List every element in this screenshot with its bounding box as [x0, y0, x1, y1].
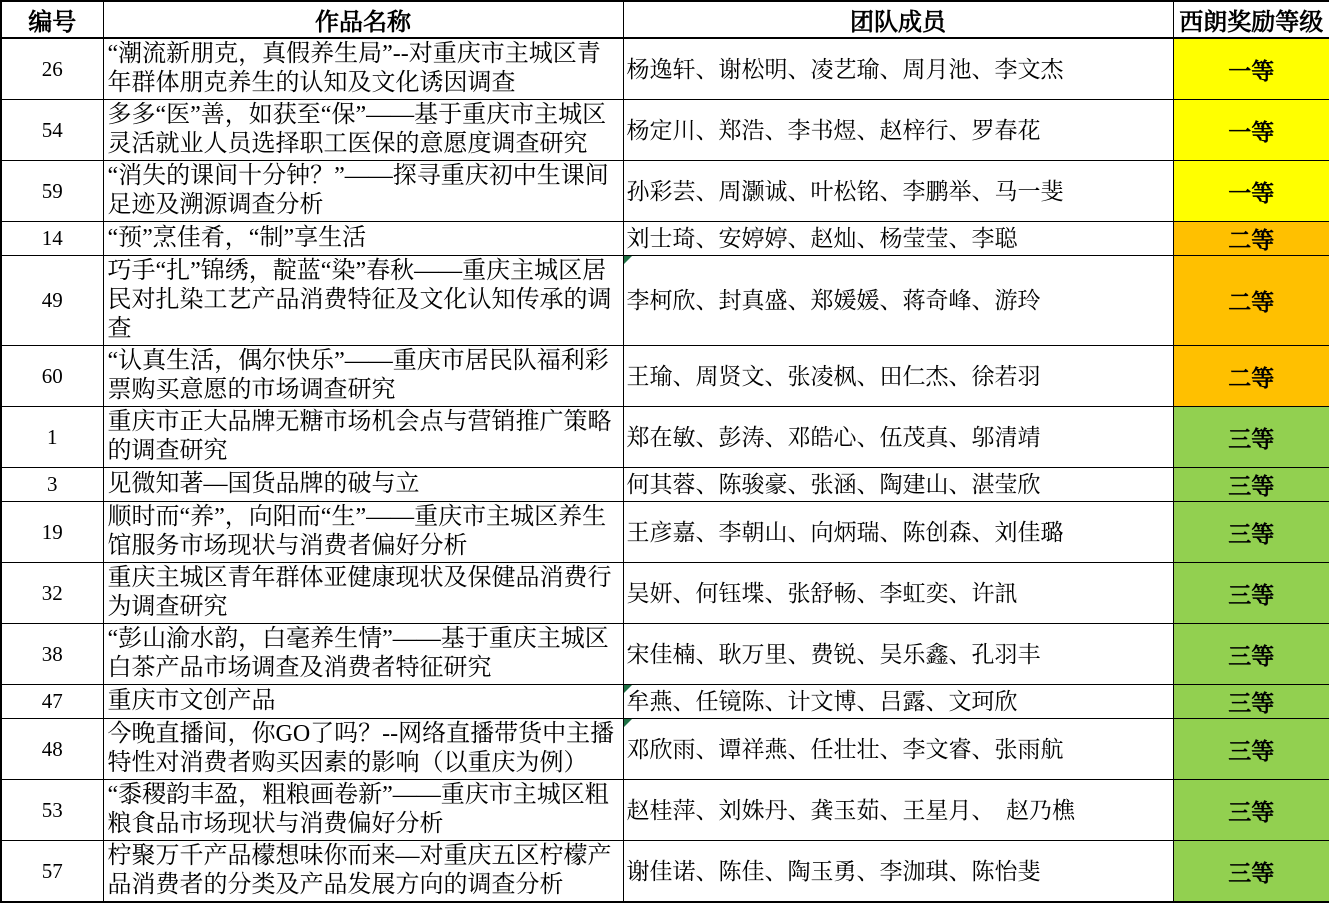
team-members-text: 牟燕、任镜陈、计文博、吕露、文珂欣: [627, 689, 1018, 714]
team-members-text: 宋佳楠、耿万里、费锐、吴乐鑫、孔羽丰: [627, 642, 1041, 667]
team-members-cell[interactable]: 谢佳诺、陈佳、陶玉勇、李泇琪、陈怡斐: [623, 841, 1173, 903]
work-title-cell[interactable]: 重庆主城区青年群体亚健康现状及保健品消费行为调查研究: [103, 563, 623, 624]
award-level-cell[interactable]: 三等: [1173, 685, 1329, 719]
header-cell-award[interactable]: 西朗奖励等级: [1173, 1, 1329, 38]
award-table: 编号 作品名称 团队成员 西朗奖励等级 26“潮流新朋克，真假养生局”--对重庆…: [0, 0, 1329, 903]
entry-number-cell[interactable]: 54: [1, 100, 103, 161]
award-level-cell[interactable]: 一等: [1173, 100, 1329, 161]
entry-number-cell[interactable]: 32: [1, 563, 103, 624]
team-members-text: 吴妍、何钰堞、张舒畅、李虹奕、许訊: [627, 581, 1018, 606]
team-members-cell[interactable]: 邓欣雨、谭祥燕、任壮壮、李文睿、张雨航: [623, 719, 1173, 780]
work-title-cell[interactable]: 巧手“扎”锦绣，靛蓝“染”春秋——重庆主城区居民对扎染工艺产品消费特征及文化认知…: [103, 256, 623, 346]
work-title-cell[interactable]: “消失的课间十分钟？”——探寻重庆初中生课间足迹及溯源调查分析: [103, 161, 623, 222]
table-row: 54多多“医”善，如获至“保”——基于重庆市主城区灵活就业人员选择职工医保的意愿…: [1, 100, 1329, 161]
work-title-cell[interactable]: “潮流新朋克，真假养生局”--对重庆市主城区青年群体朋克养生的认知及文化诱因调查: [103, 38, 623, 100]
team-members-cell[interactable]: 孙彩芸、周灏诚、叶松铭、李鹏举、马一斐: [623, 161, 1173, 222]
award-level-cell[interactable]: 三等: [1173, 468, 1329, 502]
team-members-text: 谢佳诺、陈佳、陶玉勇、李泇琪、陈怡斐: [627, 859, 1041, 884]
work-title-cell[interactable]: 柠聚万千产品檬想味你而来—对重庆五区柠檬产品消费者的分类及产品发展方向的调查分析: [103, 841, 623, 903]
cell-note-indicator-icon: [624, 719, 632, 727]
award-level-cell[interactable]: 二等: [1173, 256, 1329, 346]
team-members-cell[interactable]: 赵桂萍、刘姝丹、龚玉茹、王星月、 赵乃樵: [623, 780, 1173, 841]
entry-number-cell[interactable]: 38: [1, 624, 103, 685]
entry-number-cell[interactable]: 47: [1, 685, 103, 719]
work-title-cell[interactable]: 见微知著—国货品牌的破与立: [103, 468, 623, 502]
team-members-text: 邓欣雨、谭祥燕、任壮壮、李文睿、张雨航: [627, 737, 1064, 762]
work-title-cell[interactable]: “认真生活，偶尔快乐”——重庆市居民队福利彩票购买意愿的市场调查研究: [103, 346, 623, 407]
table-row: 53“黍稷韵丰盈，粗粮画卷新”——重庆市主城区粗粮食品市场现状与消费偏好分析赵桂…: [1, 780, 1329, 841]
entry-number-cell[interactable]: 48: [1, 719, 103, 780]
entry-number-cell[interactable]: 57: [1, 841, 103, 903]
team-members-text: 李柯欣、封真盛、郑媛媛、蒋奇峰、游玲: [627, 288, 1041, 313]
table-row: 1重庆市正大品牌无糖市场机会点与营销推广策略的调查研究郑在敏、彭涛、邓皓心、伍茂…: [1, 407, 1329, 468]
entry-number-cell[interactable]: 14: [1, 222, 103, 256]
table-row: 38“彭山渝水韵，白毫养生情”——基于重庆主城区白茶产品市场调查及消费者特征研究…: [1, 624, 1329, 685]
entry-number-cell[interactable]: 53: [1, 780, 103, 841]
entry-number-cell[interactable]: 26: [1, 38, 103, 100]
team-members-cell[interactable]: 王瑜、周贤文、张凌枫、田仁杰、徐若羽: [623, 346, 1173, 407]
header-row: 编号 作品名称 团队成员 西朗奖励等级: [1, 1, 1329, 38]
work-title-cell[interactable]: 今晚直播间，你GO了吗？--网络直播带货中主播特性对消费者购买因素的影响（以重庆…: [103, 719, 623, 780]
entry-number-cell[interactable]: 60: [1, 346, 103, 407]
team-members-cell[interactable]: 李柯欣、封真盛、郑媛媛、蒋奇峰、游玲: [623, 256, 1173, 346]
work-title-cell[interactable]: “黍稷韵丰盈，粗粮画卷新”——重庆市主城区粗粮食品市场现状与消费偏好分析: [103, 780, 623, 841]
table-row: 14“预”烹佳肴，“制”享生活刘士琦、安婷婷、赵灿、杨莹莹、李聪二等: [1, 222, 1329, 256]
team-members-text: 孙彩芸、周灏诚、叶松铭、李鹏举、马一斐: [627, 179, 1064, 204]
entry-number-cell[interactable]: 3: [1, 468, 103, 502]
team-members-cell[interactable]: 刘士琦、安婷婷、赵灿、杨莹莹、李聪: [623, 222, 1173, 256]
cell-note-indicator-icon: [624, 685, 632, 693]
entry-number-cell[interactable]: 1: [1, 407, 103, 468]
table-row: 60“认真生活，偶尔快乐”——重庆市居民队福利彩票购买意愿的市场调查研究王瑜、周…: [1, 346, 1329, 407]
team-members-cell[interactable]: 杨逸轩、谢松明、凌艺瑜、周月池、李文杰: [623, 38, 1173, 100]
entry-number-cell[interactable]: 19: [1, 502, 103, 563]
cell-note-indicator-icon: [624, 256, 632, 264]
header-cell-id[interactable]: 编号: [1, 1, 103, 38]
table-row: 19顺时而“养”，向阳而“生”——重庆市主城区养生馆服务市场现状与消费者偏好分析…: [1, 502, 1329, 563]
work-title-cell[interactable]: 重庆市正大品牌无糖市场机会点与营销推广策略的调查研究: [103, 407, 623, 468]
work-title-cell[interactable]: “预”烹佳肴，“制”享生活: [103, 222, 623, 256]
award-level-cell[interactable]: 三等: [1173, 624, 1329, 685]
award-level-cell[interactable]: 二等: [1173, 222, 1329, 256]
award-level-cell[interactable]: 三等: [1173, 841, 1329, 903]
award-level-cell[interactable]: 一等: [1173, 38, 1329, 100]
award-level-cell[interactable]: 三等: [1173, 502, 1329, 563]
team-members-cell[interactable]: 杨定川、郑浩、李书煜、赵梓行、罗春花: [623, 100, 1173, 161]
award-level-cell[interactable]: 三等: [1173, 780, 1329, 841]
award-level-cell[interactable]: 三等: [1173, 407, 1329, 468]
team-members-text: 杨逸轩、谢松明、凌艺瑜、周月池、李文杰: [627, 57, 1064, 82]
team-members-text: 郑在敏、彭涛、邓皓心、伍茂真、邬清靖: [627, 425, 1041, 450]
team-members-cell[interactable]: 宋佳楠、耿万里、费锐、吴乐鑫、孔羽丰: [623, 624, 1173, 685]
team-members-cell[interactable]: 牟燕、任镜陈、计文博、吕露、文珂欣: [623, 685, 1173, 719]
header-cell-title[interactable]: 作品名称: [103, 1, 623, 38]
table-row: 48今晚直播间，你GO了吗？--网络直播带货中主播特性对消费者购买因素的影响（以…: [1, 719, 1329, 780]
table-row: 49巧手“扎”锦绣，靛蓝“染”春秋——重庆主城区居民对扎染工艺产品消费特征及文化…: [1, 256, 1329, 346]
work-title-cell[interactable]: 顺时而“养”，向阳而“生”——重庆市主城区养生馆服务市场现状与消费者偏好分析: [103, 502, 623, 563]
team-members-cell[interactable]: 郑在敏、彭涛、邓皓心、伍茂真、邬清靖: [623, 407, 1173, 468]
entry-number-cell[interactable]: 59: [1, 161, 103, 222]
table-row: 47重庆市文创产品牟燕、任镜陈、计文博、吕露、文珂欣三等: [1, 685, 1329, 719]
table-row: 26“潮流新朋克，真假养生局”--对重庆市主城区青年群体朋克养生的认知及文化诱因…: [1, 38, 1329, 100]
work-title-cell[interactable]: 多多“医”善，如获至“保”——基于重庆市主城区灵活就业人员选择职工医保的意愿度调…: [103, 100, 623, 161]
team-members-text: 何其蓉、陈骏豪、张涵、陶建山、湛莹欣: [627, 472, 1041, 497]
team-members-text: 杨定川、郑浩、李书煜、赵梓行、罗春花: [627, 118, 1041, 143]
team-members-cell[interactable]: 何其蓉、陈骏豪、张涵、陶建山、湛莹欣: [623, 468, 1173, 502]
award-level-cell[interactable]: 二等: [1173, 346, 1329, 407]
header-cell-members[interactable]: 团队成员: [623, 1, 1173, 38]
team-members-text: 王瑜、周贤文、张凌枫、田仁杰、徐若羽: [627, 364, 1041, 389]
team-members-cell[interactable]: 王彦嘉、李朝山、向炳瑞、陈创森、刘佳璐: [623, 502, 1173, 563]
award-level-cell[interactable]: 三等: [1173, 719, 1329, 780]
award-level-cell[interactable]: 三等: [1173, 563, 1329, 624]
table-row: 57柠聚万千产品檬想味你而来—对重庆五区柠檬产品消费者的分类及产品发展方向的调查…: [1, 841, 1329, 903]
team-members-text: 王彦嘉、李朝山、向炳瑞、陈创森、刘佳璐: [627, 520, 1064, 545]
table-row: 32重庆主城区青年群体亚健康现状及保健品消费行为调查研究吴妍、何钰堞、张舒畅、李…: [1, 563, 1329, 624]
table-row: 3见微知著—国货品牌的破与立何其蓉、陈骏豪、张涵、陶建山、湛莹欣三等: [1, 468, 1329, 502]
team-members-text: 赵桂萍、刘姝丹、龚玉茹、王星月、 赵乃樵: [627, 798, 1076, 823]
work-title-cell[interactable]: “彭山渝水韵，白毫养生情”——基于重庆主城区白茶产品市场调查及消费者特征研究: [103, 624, 623, 685]
table-body: 26“潮流新朋克，真假养生局”--对重庆市主城区青年群体朋克养生的认知及文化诱因…: [1, 38, 1329, 902]
work-title-cell[interactable]: 重庆市文创产品: [103, 685, 623, 719]
award-level-cell[interactable]: 一等: [1173, 161, 1329, 222]
team-members-text: 刘士琦、安婷婷、赵灿、杨莹莹、李聪: [627, 226, 1018, 251]
team-members-cell[interactable]: 吴妍、何钰堞、张舒畅、李虹奕、许訊: [623, 563, 1173, 624]
entry-number-cell[interactable]: 49: [1, 256, 103, 346]
table-row: 59“消失的课间十分钟？”——探寻重庆初中生课间足迹及溯源调查分析孙彩芸、周灏诚…: [1, 161, 1329, 222]
